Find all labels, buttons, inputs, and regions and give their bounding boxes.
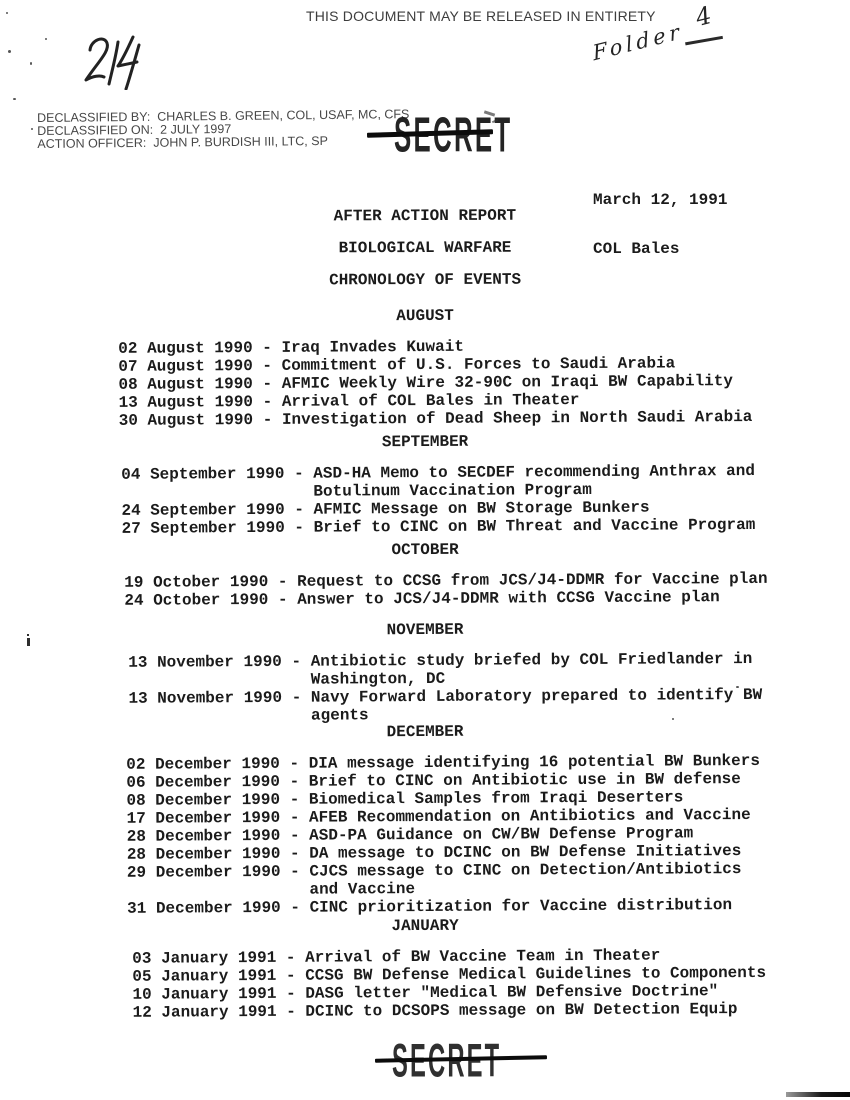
chronology-entry: 13 November 1990 - Navy Forward Laborato… — [128, 686, 776, 726]
declassification-block: DECLASSIFIED BY: CHARLES B. GREEN, COL, … — [37, 108, 410, 151]
handwritten-page-number — [80, 34, 144, 90]
chronology-entry: 27 September 1990 - Brief to CINC on BW … — [122, 516, 770, 538]
scan-mark — [27, 638, 30, 646]
month-section: SEPTEMBER04 September 1990 - ASD-HA Memo… — [0, 430, 850, 538]
month-section: DECEMBER02 December 1990 - DIA message i… — [0, 720, 850, 918]
chronology-entry: 04 September 1990 - ASD-HA Memo to SECDE… — [121, 462, 769, 502]
scan-speck — [30, 62, 32, 65]
scan-mark — [27, 634, 29, 636]
month-header: NOVEMBER — [0, 618, 850, 641]
month-section: AUGUST02 August 1990 - Iraq Invades Kuwa… — [0, 304, 850, 430]
entry-list: 02 August 1990 - Iraq Invades Kuwait07 A… — [118, 336, 767, 430]
folder-underline — [685, 35, 723, 44]
chronology-entry: 12 January 1991 - DCINC to DCSOPS messag… — [133, 1000, 781, 1022]
scan-speck — [8, 50, 11, 53]
month-header: SEPTEMBER — [0, 430, 850, 453]
scan-edge-streak — [786, 1092, 850, 1097]
folder-number: 4 — [693, 1, 715, 32]
entry-list: 03 January 1991 - Arrival of BW Vaccine … — [132, 946, 781, 1022]
entry-list: 02 December 1990 - DIA message identifyi… — [126, 752, 775, 918]
month-section: OCTOBER19 October 1990 - Request to CCSG… — [0, 538, 850, 610]
title-block: AFTER ACTION REPORT BIOLOGICAL WARFARE C… — [0, 206, 850, 305]
month-header: AUGUST — [0, 304, 850, 327]
month-section: JANUARY03 January 1991 - Arrival of BW V… — [0, 914, 850, 1022]
release-note: THIS DOCUMENT MAY BE RELEASED IN ENTIRET… — [306, 8, 656, 24]
scan-speck — [672, 718, 674, 720]
report-title: AFTER ACTION REPORT — [0, 206, 850, 241]
entry-list: 04 September 1990 - ASD-HA Memo to SECDE… — [121, 462, 770, 538]
document-page: THIS DOCUMENT MAY BE RELEASED IN ENTIRET… — [0, 0, 850, 1100]
scan-speck — [45, 38, 47, 40]
report-subtitle: BIOLOGICAL WARFARE — [0, 238, 850, 273]
month-header: OCTOBER — [0, 538, 850, 561]
month-header: JANUARY — [0, 914, 850, 937]
action-officer-line: ACTION OFFICER: JOHN P. BURDISH III, LTC… — [37, 134, 409, 151]
entry-list: 19 October 1990 - Request to CCSG from J… — [124, 570, 772, 610]
scan-speck — [6, 12, 8, 14]
month-header: DECEMBER — [0, 720, 850, 743]
month-section: NOVEMBER13 November 1990 - Antibiotic st… — [0, 618, 850, 726]
scan-speck — [31, 128, 33, 130]
folder-label: Folder — [591, 19, 684, 65]
chronology-entry: 30 August 1990 - Investigation of Dead S… — [119, 408, 767, 430]
entry-list: 13 November 1990 - Antibiotic study brie… — [128, 650, 777, 726]
chronology-entry: 13 November 1990 - Antibiotic study brie… — [128, 650, 776, 690]
chronology-entry: 29 December 1990 - CJCS message to CINC … — [127, 860, 775, 900]
scan-speck — [736, 686, 739, 688]
report-subtitle2: CHRONOLOGY OF EVENTS — [0, 270, 850, 305]
scan-speck — [13, 98, 16, 100]
chronology-entry: 24 October 1990 - Answer to JCS/J4-DDMR … — [124, 588, 772, 610]
secret-stamp-top: SECRET — [394, 108, 513, 165]
